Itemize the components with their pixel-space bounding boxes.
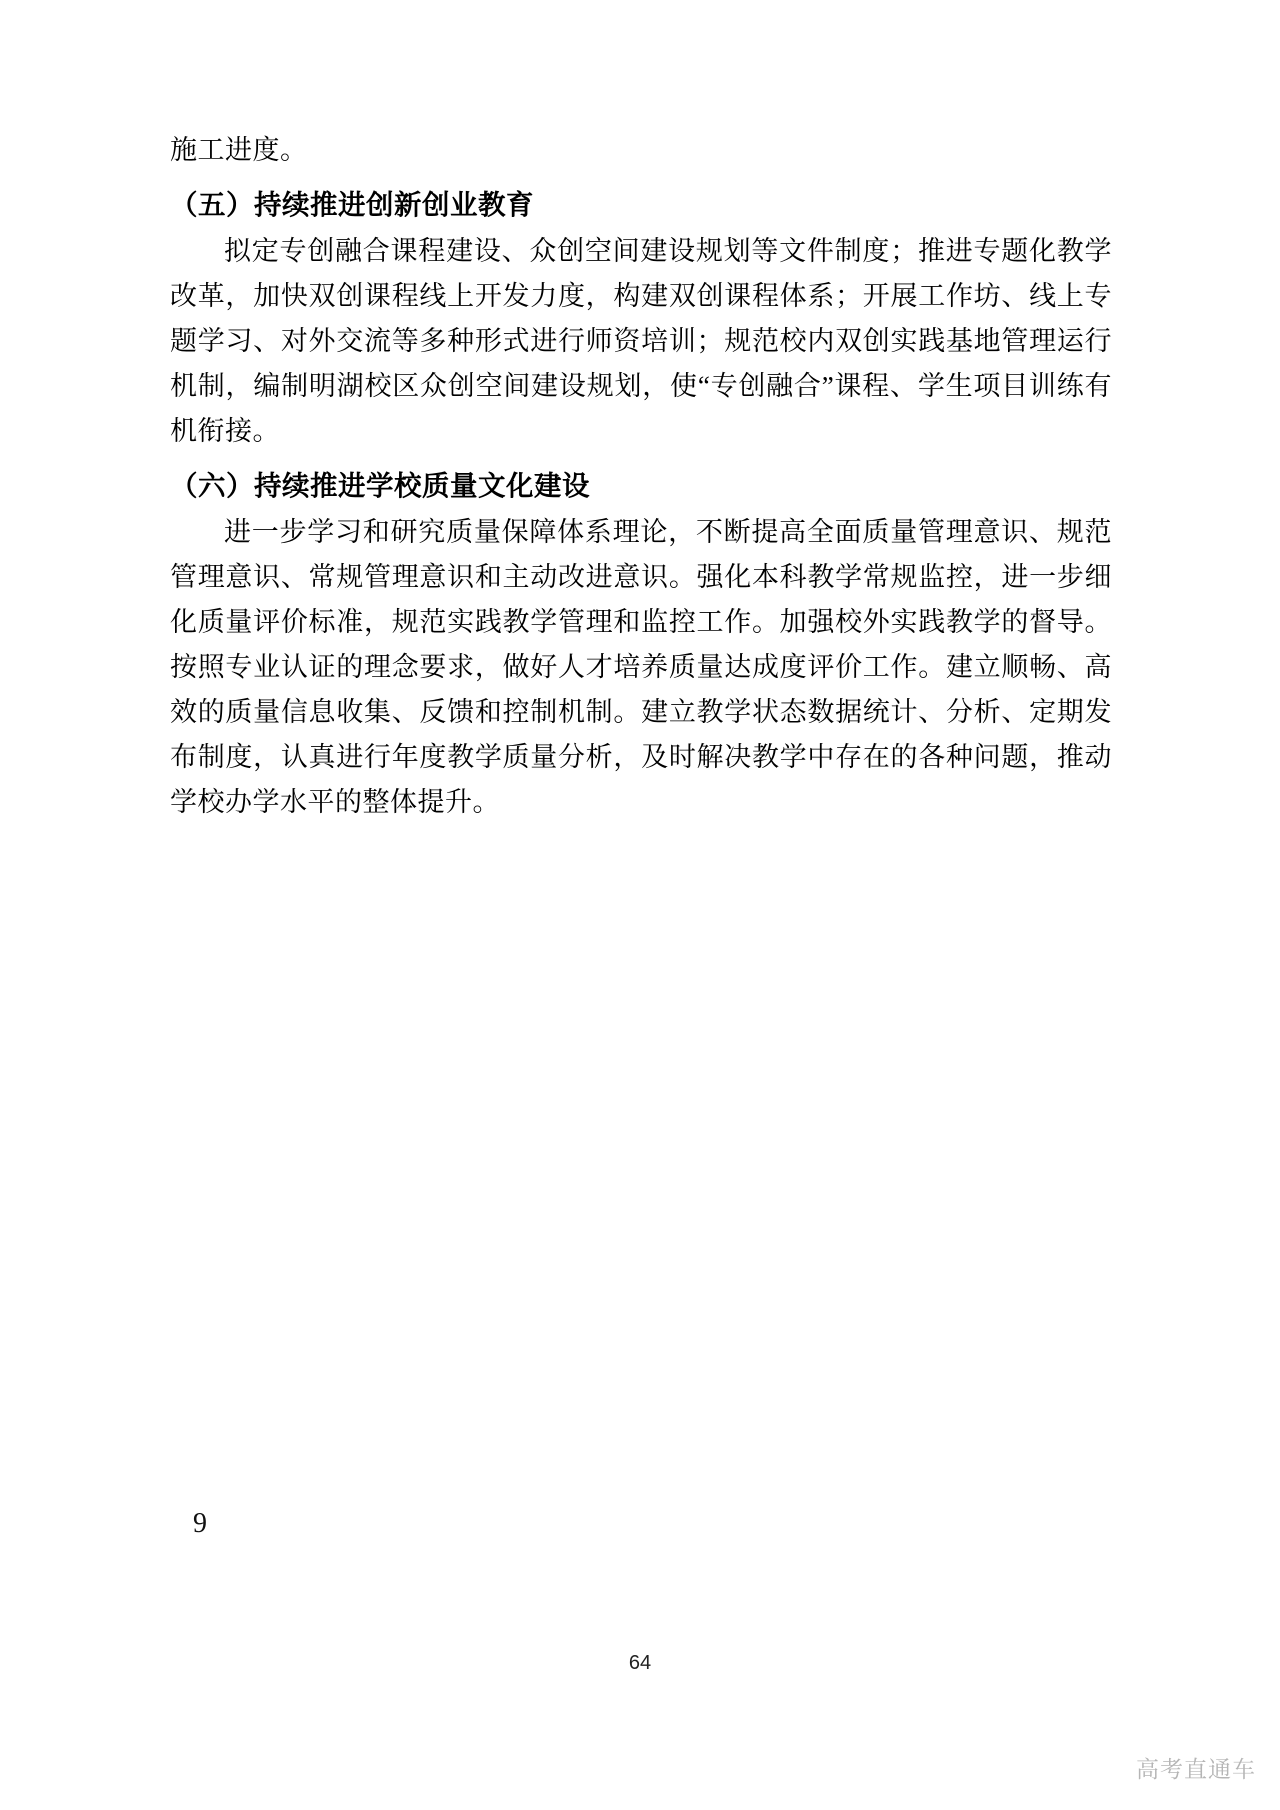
body-page-number: 9 <box>193 1508 207 1540</box>
paragraph-section-5: 拟定专创融合课程建设、众创空间建设规划等文件制度；推进专题化教学改革，加快双创课… <box>170 229 1112 454</box>
text-block: 施工进度。 （五）持续推进创新创业教育 拟定专创融合课程建设、众创空间建设规划等… <box>170 128 1112 825</box>
paragraph-continuation: 施工进度。 <box>170 128 1112 173</box>
paragraph-section-6: 进一步学习和研究质量保障体系理论，不断提高全面质量管理意识、规范管理意识、常规管… <box>170 510 1112 825</box>
document-page: 施工进度。 （五）持续推进创新创业教育 拟定专创融合课程建设、众创空间建设规划等… <box>0 0 1280 1810</box>
watermark: 高考直通车 <box>1136 1751 1256 1784</box>
section-heading-5: （五）持续推进创新创业教育 <box>170 182 1112 227</box>
footer-page-number: 64 <box>0 1652 1280 1675</box>
section-heading-6: （六）持续推进学校质量文化建设 <box>170 463 1112 508</box>
